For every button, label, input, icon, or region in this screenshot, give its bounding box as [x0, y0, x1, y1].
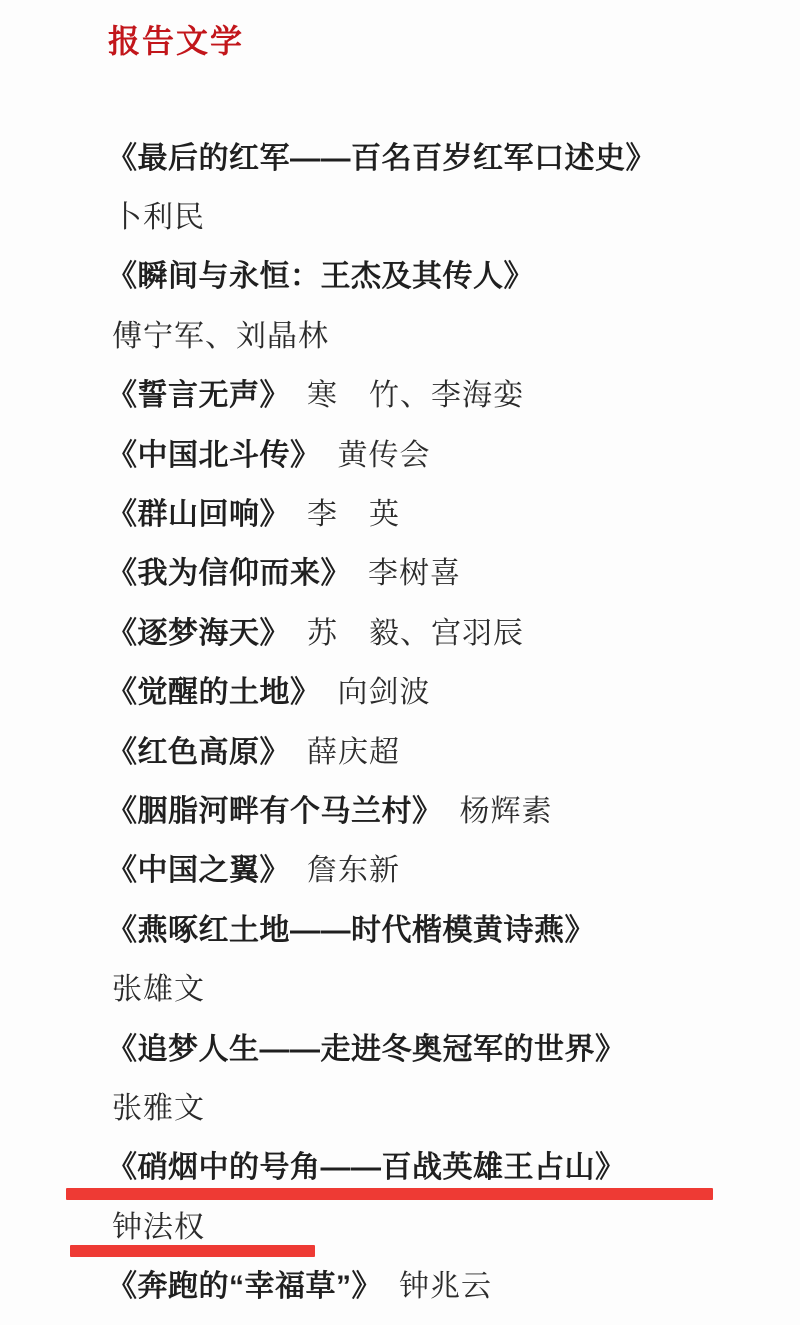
book-title: 《燕啄红土地——时代楷模黄诗燕》 [107, 905, 595, 949]
book-title: 《硝烟中的号角——百战英雄王占山》 [107, 1142, 626, 1186]
book-title: 《瞬间与永恒：王杰及其传人》 [107, 251, 534, 295]
list-item: 《逐梦海天》 苏 毅、宫羽辰 [112, 600, 772, 659]
book-title: 《奔跑的“幸福草”》 [107, 1261, 382, 1305]
section-heading: 报告文学 [108, 22, 244, 60]
list-item: 《我为信仰而来》 李树喜 [112, 541, 772, 600]
book-title: 《我为信仰而来》 [107, 548, 351, 592]
book-title: 《红色高原》 [107, 727, 290, 771]
list-item: 傅宁军、刘晶林 [112, 303, 772, 362]
author-names: 卜利民 [112, 192, 205, 236]
list-item: 《胭脂河畔有个马兰村》 杨辉素 [112, 778, 772, 837]
list-item: 《硝烟中的号角——百战英雄王占山》 [112, 1135, 772, 1194]
list-item: 张雄文 [112, 956, 772, 1015]
author-names: 傅宁军、刘晶林 [112, 311, 329, 355]
list-item: 卜利民 [112, 184, 772, 243]
author-names: 詹东新 [307, 845, 400, 889]
author-names: 张雄文 [112, 964, 205, 1008]
author-names: 李 英 [307, 489, 400, 533]
author-names: 薛庆超 [307, 727, 400, 771]
author-names: 张雅文 [112, 1083, 205, 1127]
book-title: 《群山回响》 [107, 489, 290, 533]
list-item: 《群山回响》 李 英 [112, 481, 772, 540]
author-names: 苏 毅、宫羽辰 [307, 608, 524, 652]
list-item: 《誓言无声》 寒 竹、李海娈 [112, 363, 772, 422]
book-title: 《逐梦海天》 [107, 608, 290, 652]
list-item: 张雅文 [112, 1075, 772, 1134]
book-title: 《中国北斗传》 [107, 430, 321, 474]
author-names: 向剑波 [338, 667, 431, 711]
list-item: 《觉醒的土地》 向剑波 [112, 660, 772, 719]
book-title: 《觉醒的土地》 [107, 667, 321, 711]
list-item: 《中国北斗传》 黄传会 [112, 422, 772, 481]
author-names: 李树喜 [368, 548, 461, 592]
book-title: 《最后的红军——百名百岁红军口述史》 [107, 133, 656, 177]
list-item: 《红色高原》 薛庆超 [112, 719, 772, 778]
book-title: 《胭脂河畔有个马兰村》 [107, 786, 443, 830]
author-names: 黄传会 [338, 430, 431, 474]
book-title: 《追梦人生——走进冬奥冠军的世界》 [107, 1024, 626, 1068]
list-item: 《奔跑的“幸福草”》 钟兆云 [112, 1253, 772, 1312]
author-names: 钟法权 [112, 1202, 205, 1246]
book-list: 《最后的红军——百名百岁红军口述史》 卜利民 《瞬间与永恒：王杰及其传人》 傅宁… [112, 125, 772, 1313]
author-names: 钟兆云 [399, 1261, 492, 1305]
book-title: 《中国之翼》 [107, 845, 290, 889]
list-item: 《瞬间与永恒：王杰及其传人》 [112, 244, 772, 303]
list-item: 《中国之翼》 詹东新 [112, 838, 772, 897]
author-names: 寒 竹、李海娈 [307, 370, 524, 414]
list-item: 《追梦人生——走进冬奥冠军的世界》 [112, 1016, 772, 1075]
list-item: 《最后的红军——百名百岁红军口述史》 [112, 125, 772, 184]
list-item: 《燕啄红土地——时代楷模黄诗燕》 [112, 897, 772, 956]
list-item: 钟法权 [112, 1194, 772, 1253]
author-names: 杨辉素 [460, 786, 553, 830]
book-title: 《誓言无声》 [107, 370, 290, 414]
